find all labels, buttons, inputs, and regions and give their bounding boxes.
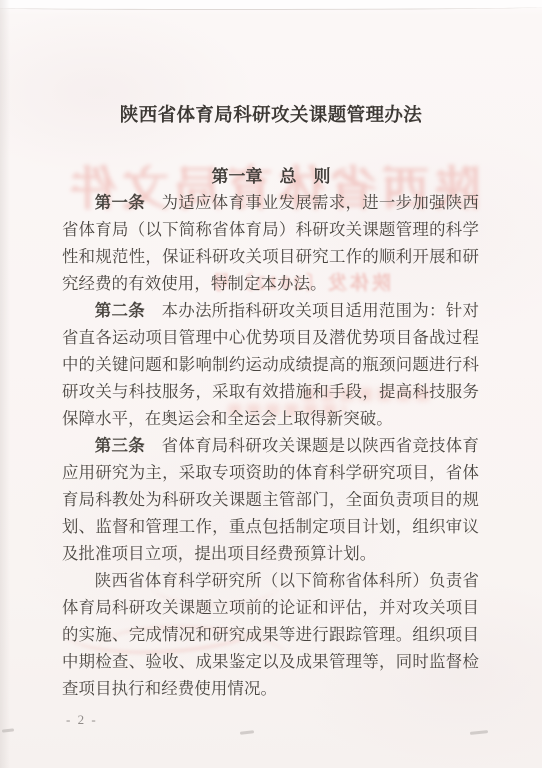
paragraph-label: 第二条 bbox=[95, 301, 162, 320]
paragraph: 第三条 省体育局科研攻关课题是以陕西省竞技体育应用研究为主，采取专项资助的体育科… bbox=[62, 432, 479, 567]
paragraph: 第二条 本办法所指科研攻关项目适用范围为：针对省直各运动项目管理中心优势项目及潜… bbox=[62, 297, 479, 432]
scanned-document-page: 陕西省体育局文件 陕体发〔2012〕号 陕西省体育局科研攻关课题管理办法 第一章… bbox=[0, 0, 542, 768]
document-title: 陕西省体育局科研攻关课题管理办法 bbox=[62, 101, 480, 127]
paragraph-text: 省体育局科研攻关课题是以陕西省竞技体育应用研究为主，采取专项资助的体育科学研究项… bbox=[62, 436, 479, 563]
paragraph-text: 陕西省体育科学研究所（以下简称省体科所）负责省体育局科研攻关课题立项前的论证和评… bbox=[62, 571, 479, 698]
scan-artifact-dash bbox=[240, 730, 254, 734]
paragraph-text: 本办法所指科研攻关项目适用范围为：针对省直各运动项目管理中心优势项目及潜优势项目… bbox=[62, 301, 479, 428]
paragraph: 陕西省体育科学研究所（以下简称省体科所）负责省体育局科研攻关课题立项前的论证和评… bbox=[62, 567, 479, 702]
paragraph-label: 第一条 bbox=[95, 193, 162, 212]
paragraph-label: 第三条 bbox=[95, 436, 162, 455]
scan-artifact-dash bbox=[2, 728, 14, 732]
chapter-heading: 第一章 总 则 bbox=[62, 162, 480, 187]
document-body: 第一条 为适应体育事业发展需求，进一步加强陕西省体育局（以下简称省体育局）科研攻… bbox=[62, 189, 479, 702]
page-number: - 2 - bbox=[66, 712, 98, 728]
paper-left-shadow bbox=[0, 0, 10, 768]
scan-artifact-dash bbox=[470, 730, 488, 735]
paper-top-edge bbox=[0, 0, 542, 10]
paragraph: 第一条 为适应体育事业发展需求，进一步加强陕西省体育局（以下简称省体育局）科研攻… bbox=[62, 189, 479, 297]
